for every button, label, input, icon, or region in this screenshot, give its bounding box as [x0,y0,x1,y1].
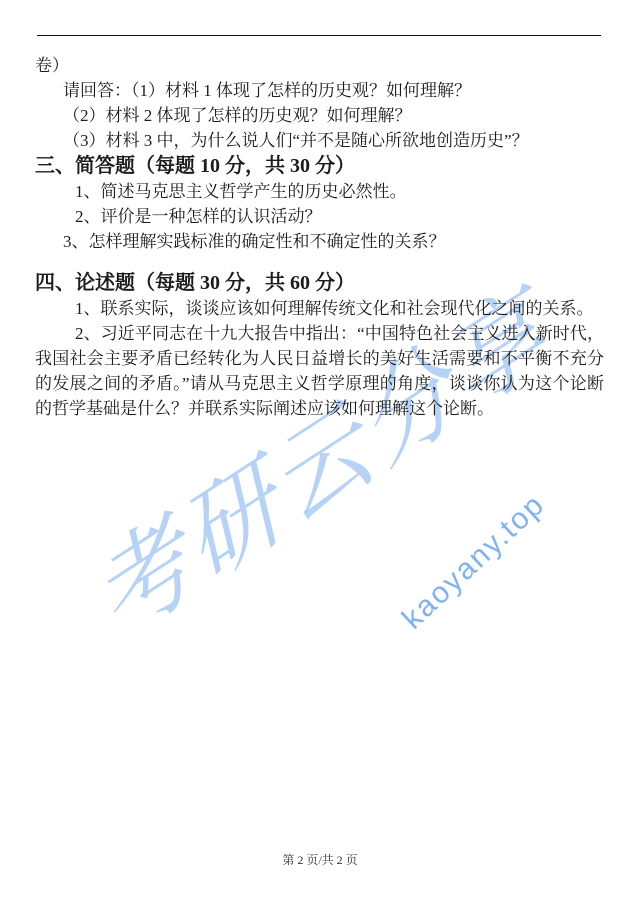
watermark-url: kaoyany.top [371,464,577,660]
page-indicator: 第 2 页/共 2 页 [282,853,357,867]
qa-item-3: （3）材料 3 中，为什么说人们“并不是随心所欲地创造历史”？ [35,128,604,153]
qa-intro-line: 请回答：（1）材料 1 体现了怎样的历史观？如何理解？ [35,78,604,103]
section4-heading: 四、论述题（每题 30 分，共 60 分） [35,270,604,296]
watermark-char: 研 [163,443,302,605]
fragment-line: 卷） [35,53,604,78]
watermark-char: 考 [75,500,214,662]
qa-item-2: （2）材料 2 体现了怎样的历史观？如何理解？ [35,103,604,128]
section4-item-2: 2、习近平同志在十九大报告中指出：“中国特色社会主义进入新时代，我国社会主要矛盾… [35,321,604,421]
exam-paper-page: { "page": { "background": "#ffffff", "te… [0,0,640,903]
section3-item-1: 1、简述马克思主义哲学产生的历史必然性。 [35,179,604,204]
section3-item-3: 3、怎样理解实践标准的确定性和不确定性的关系？ [35,229,604,254]
page-header-rule [37,35,601,36]
section4-item-1: 1、联系实际，谈谈应该如何理解传统文化和社会现代化之间的关系。 [35,296,604,321]
footer: 第 2 页/共 2 页 [0,852,640,868]
document-body: 卷） 请回答：（1）材料 1 体现了怎样的历史观？如何理解？ （2）材料 2 体… [35,53,604,421]
section3-item-2: 2、评价是一种怎样的认识活动？ [35,204,604,229]
section3-heading: 三、简答题（每题 10 分，共 30 分） [35,153,604,179]
